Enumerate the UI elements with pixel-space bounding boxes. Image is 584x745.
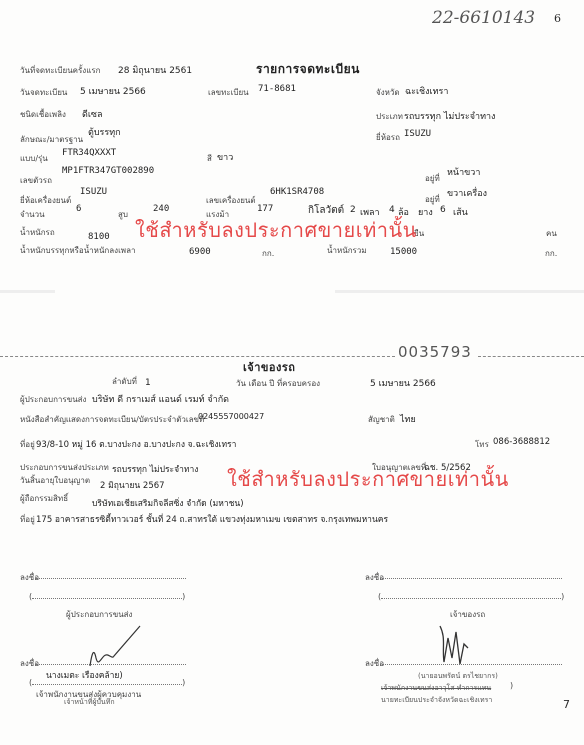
plate-number: 71-8681 xyxy=(258,84,296,94)
handwritten-reference: 22-6610143 xyxy=(432,8,535,28)
registration-id-label: หนังสือสำคัญแสดงการจดทะเบียน/บัตรประจำตั… xyxy=(20,413,204,426)
address: 93/8-10 หมู่ 16 ต.บางปะกง อ.บางปะกง จ.ฉะ… xyxy=(36,437,236,451)
tyre-label: ยาง xyxy=(418,205,433,219)
name-bracket-officer-left: () xyxy=(29,678,185,687)
brand-label: ยี่ห้อรถ xyxy=(376,131,400,144)
possession-date-label: วัน เดือน ปี ที่ครอบครอง xyxy=(236,377,320,390)
transport-type-label: ประกอบการขนส่งประเภท xyxy=(20,461,109,474)
brand: ISUZU xyxy=(404,129,431,139)
officer-right-role2: นายทะเบียนประจำจังหวัดฉะเชิงเทรา xyxy=(381,695,492,706)
address-label: ที่อยู่ xyxy=(20,438,35,451)
signature-scribble-right xyxy=(432,618,472,678)
fuel-label: ชนิดเชื้อเพลิง xyxy=(20,108,66,121)
phone: 086-3688812 xyxy=(493,437,550,447)
nationality: ไทย xyxy=(400,412,416,426)
reg-date: 5 เมษายน 2566 xyxy=(80,84,146,98)
signature-line-operator xyxy=(36,578,186,579)
page-number-bottom: 7 xyxy=(563,698,570,711)
hp: 177 xyxy=(257,204,273,214)
province: ฉะเชิงเทรา xyxy=(405,84,448,98)
operator-name: บริษัท ดี กราเมส์ แอนด์ เรมท์ จำกัด xyxy=(92,392,229,406)
gross-unit: กก. xyxy=(545,247,557,260)
cylinder-label: สูบ xyxy=(118,208,128,221)
engine-number: 6HK1SR4708 xyxy=(270,187,324,197)
load-weight: 6900 xyxy=(189,247,211,257)
load-label: น้ำหนักบรรทุกหรือน้ำหนักลงเพลา xyxy=(20,244,135,257)
chassis-location: หน้าขวา xyxy=(447,165,480,179)
tyre-unit: เส้น xyxy=(453,205,468,219)
officer-right-bracket: ) xyxy=(510,681,513,690)
sequence-number: 1 xyxy=(145,378,151,388)
license-expiry: 2 มิถุนายน 2567 xyxy=(100,478,165,492)
province-label: จังหวัด xyxy=(376,86,400,99)
section-divider xyxy=(0,356,395,357)
section-divider-right xyxy=(478,356,584,357)
quantity-label: จำนวน xyxy=(20,208,45,221)
color: ขาว xyxy=(217,150,233,164)
officer-right-name: (นายอนพรัตน์ ตรไชยากร) xyxy=(418,671,498,682)
fuel: ดีเซล xyxy=(82,107,103,121)
cc: 240 xyxy=(153,204,169,214)
officer-left-role2: เจ้าหน้าที่ผู้บันทึก xyxy=(64,697,115,708)
scan-smudge xyxy=(0,290,55,293)
titleholder: บริษัทเอเชียเสริมกิจลีสซิ่ง จำกัด (มหาชน… xyxy=(92,496,244,510)
vehicle-type-label: ประเภท xyxy=(376,110,403,123)
body: ตู้บรรทุก xyxy=(88,125,121,139)
name-bracket-owner: () xyxy=(378,592,564,601)
sequence-label: ลำดับที่ xyxy=(112,375,137,388)
transport-type: รถบรรทุก ไม่ประจำทาง xyxy=(112,462,198,476)
license-expiry-label: วันสิ้นอายุใบอนุญาต xyxy=(20,474,90,487)
possession-date: 5 เมษายน 2566 xyxy=(370,376,436,390)
registration-id: 0245557000427 xyxy=(198,412,264,421)
page-number-top: 6 xyxy=(554,12,561,25)
engine-location: ขวาเครื่อง xyxy=(447,186,487,200)
registration-title: รายการจดทะเบียน xyxy=(256,60,360,79)
color-label: สี xyxy=(207,152,212,165)
operator-label: ผู้ประกอบการขนส่ง xyxy=(20,393,86,406)
engine-brand: ISUZU xyxy=(80,187,107,197)
first-registration-label: วันที่จดทะเบียนครั้งแรก xyxy=(20,64,101,77)
first-registration-date: 28 มิถุนายน 2561 xyxy=(118,63,192,77)
engine-brand-label: ยี่ห้อเครื่องยนต์ xyxy=(20,194,71,207)
scan-smudge xyxy=(335,290,584,293)
watermark-stamp: ใช้สำหรับลงประกาศขายเท่านั้น xyxy=(135,214,417,246)
load-unit: กก. xyxy=(262,247,274,260)
vehicle-weight-label: น้ำหนักรถ xyxy=(20,226,55,239)
chassis-label: เลขตัวรถ xyxy=(20,174,52,187)
chassis-number: MP1FTR347GT002890 xyxy=(62,166,154,176)
name-bracket-operator: () xyxy=(29,592,185,601)
titleholder-label: ผู้ถือกรรมสิทธิ์ xyxy=(20,492,68,505)
titleholder-address: 175 อาคารสาธรซิตี้ทาวเวอร์ ชั้นที่ 24 ถ.… xyxy=(36,512,388,526)
tyres: 6 xyxy=(440,205,446,215)
plate-label: เลขทะเบียน xyxy=(208,86,249,99)
engine-number-label: เลขเครื่องยนต์ xyxy=(206,194,256,207)
serial-number: 0035793 xyxy=(398,343,472,361)
officer-right-role: เจ้าพนักงานขนส่งอาวุโส ทำการแทน xyxy=(381,683,491,694)
chassis-location-label: อยู่ที่ xyxy=(425,172,440,185)
signature-line-officer-right xyxy=(382,664,562,665)
owner-title: เจ้าของรถ xyxy=(243,358,295,376)
vehicle-type: รถบรรทุก ไม่ประจำทาง xyxy=(404,109,495,123)
operator-role-label: ผู้ประกอบการขนส่ง xyxy=(66,608,132,621)
phone-label: โทร xyxy=(475,438,489,451)
signature-line-owner xyxy=(382,578,562,579)
model: FTR34QXXXT xyxy=(62,148,116,158)
vehicle-weight: 8100 xyxy=(88,232,110,242)
gross-weight: 15000 xyxy=(390,247,417,257)
model-label: แบบ/รุ่น xyxy=(20,152,48,165)
nationality-label: สัญชาติ xyxy=(368,413,395,426)
titleholder-address-label: ที่อยู่ xyxy=(20,513,35,526)
signature-scribble-left xyxy=(84,622,144,672)
body-label: ลักษณะ/มาตรฐาน xyxy=(20,133,83,146)
person-unit: คน xyxy=(546,227,557,240)
cylinders: 6 xyxy=(76,204,81,214)
reg-date-label: วันจดทะเบียน xyxy=(20,86,67,99)
watermark-stamp-owner: ใช้สำหรับลงประกาศขายเท่านั้น xyxy=(227,463,509,495)
